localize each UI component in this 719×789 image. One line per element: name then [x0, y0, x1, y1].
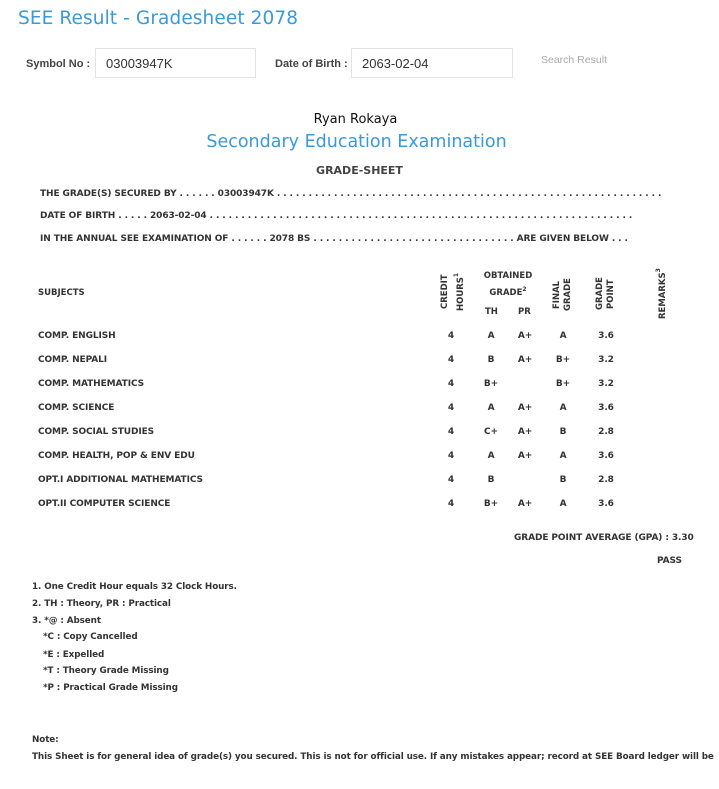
gp-cell: 3.2 [586, 355, 626, 365]
result-status: PASS [657, 556, 682, 566]
credit-cell: 4 [431, 331, 471, 341]
credit-hours-header: CREDITHOURS1 [440, 272, 467, 312]
footnote-1: 1. One Credit Hour equals 32 Clock Hours… [32, 582, 237, 592]
page-title: SEE Result - Gradesheet 2078 [18, 8, 298, 29]
credit-cell: 4 [431, 355, 471, 365]
footnote-theory-missing: *T : Theory Grade Missing [43, 666, 169, 676]
remarks-header-label: REMARKS [658, 273, 668, 320]
symbol-no-label: Symbol No : [26, 58, 90, 70]
exam-title: Secondary Education Examination [0, 132, 716, 152]
search-result-button[interactable]: Search Result [541, 54, 607, 66]
credit-cell: 4 [431, 475, 471, 485]
footnote-copy-cancelled: *C : Copy Cancelled [43, 632, 138, 642]
gp-header-line1: GRADE [595, 278, 605, 311]
subject-name: COMP. SCIENCE [38, 403, 114, 413]
th-cell: B [471, 475, 511, 485]
subject-name: COMP. NEPALI [38, 355, 107, 365]
final-header-line1: FINAL [552, 281, 562, 309]
credit-header-line1: CREDIT [440, 275, 450, 310]
gp-cell: 3.6 [586, 499, 626, 509]
footnote-expelled: *E : Expelled [43, 650, 104, 660]
pr-cell: A+ [505, 331, 545, 341]
final-cell: A [543, 331, 583, 341]
note-label: Note: [32, 735, 59, 745]
final-grade-header: FINALGRADE [552, 278, 574, 312]
credit-footnote-ref: 1 [453, 273, 460, 277]
table-row: COMP. ENGLISH4AA+A3.6 [38, 331, 678, 345]
final-cell: B+ [543, 355, 583, 365]
credit-cell: 4 [431, 427, 471, 437]
gp-cell: 3.2 [586, 379, 626, 389]
credit-cell: 4 [431, 379, 471, 389]
final-cell: A [543, 403, 583, 413]
date-of-birth-input[interactable] [351, 48, 513, 78]
final-header-line2: GRADE [563, 279, 573, 312]
gpa-line: GRADE POINT AVERAGE (GPA) : 3.30 [514, 533, 694, 543]
gp-cell: 2.8 [586, 427, 626, 437]
remarks-header: REMARKS3 [653, 268, 669, 320]
info-line-exam: IN THE ANNUAL SEE EXAMINATION OF . . . .… [40, 234, 628, 244]
student-name: Ryan Rokaya [0, 112, 715, 127]
subject-name: OPT.I ADDITIONAL MATHEMATICS [38, 475, 203, 485]
table-row: COMP. SCIENCE4AA+A3.6 [38, 403, 678, 417]
final-cell: B+ [543, 379, 583, 389]
final-cell: A [543, 451, 583, 461]
symbol-no-input[interactable] [95, 48, 256, 78]
credit-cell: 4 [431, 499, 471, 509]
subjects-header: SUBJECTS [38, 288, 85, 298]
obtained-header-line1: OBTAINED [484, 271, 533, 281]
table-row: COMP. SOCIAL STUDIES4C+A+B2.8 [38, 427, 678, 441]
table-row: COMP. HEALTH, POP & ENV EDU4AA+A3.6 [38, 451, 678, 465]
note-text: This Sheet is for general idea of grade(… [32, 752, 714, 762]
pr-cell: A+ [505, 451, 545, 461]
obtained-header-line2: GRADE [489, 288, 522, 298]
footnote-3: 3. *@ : Absent [32, 616, 101, 626]
date-of-birth-label: Date of Birth : [275, 58, 348, 70]
pr-cell: A+ [505, 499, 545, 509]
table-row: COMP. MATHEMATICS4B+B+3.2 [38, 379, 678, 393]
subject-name: COMP. MATHEMATICS [38, 379, 144, 389]
table-row: OPT.II COMPUTER SCIENCE4B+A+A3.6 [38, 499, 678, 513]
gp-cell: 3.6 [586, 403, 626, 413]
grade-sheet-title: GRADE-SHEET [0, 164, 719, 177]
subject-name: OPT.II COMPUTER SCIENCE [38, 499, 170, 509]
info-line-symbol: THE GRADE(S) SECURED BY . . . . . . 0300… [40, 189, 661, 199]
grade-point-header: GRADEPOINT [595, 276, 617, 312]
obtained-footnote-ref: 2 [522, 286, 526, 293]
gp-header-line2: POINT [606, 279, 616, 309]
pr-cell: A+ [505, 355, 545, 365]
th-cell: B+ [471, 379, 511, 389]
pr-cell: A+ [505, 427, 545, 437]
pr-cell: A+ [505, 403, 545, 413]
final-cell: B [543, 475, 583, 485]
remarks-footnote-ref: 3 [655, 269, 662, 273]
obtained-grade-header: OBTAINEDGRADE2 [478, 269, 538, 300]
th-header: TH [485, 307, 498, 317]
credit-cell: 4 [431, 403, 471, 413]
footnote-practical-missing: *P : Practical Grade Missing [43, 683, 178, 693]
subject-name: COMP. HEALTH, POP & ENV EDU [38, 451, 195, 461]
gp-cell: 2.8 [586, 475, 626, 485]
gp-cell: 3.6 [586, 451, 626, 461]
table-row: OPT.I ADDITIONAL MATHEMATICS4BB2.8 [38, 475, 678, 489]
table-row: COMP. NEPALI4BA+B+3.2 [38, 355, 678, 369]
final-cell: B [543, 427, 583, 437]
pr-header: PR [518, 307, 531, 317]
footnote-2: 2. TH : Theory, PR : Practical [32, 599, 171, 609]
gp-cell: 3.6 [586, 331, 626, 341]
subject-name: COMP. ENGLISH [38, 331, 116, 341]
final-cell: A [543, 499, 583, 509]
credit-cell: 4 [431, 451, 471, 461]
subject-name: COMP. SOCIAL STUDIES [38, 427, 154, 437]
info-line-dob: DATE OF BIRTH . . . . . 2063-02-04 . . .… [40, 211, 632, 221]
credit-header-line2: HOURS [456, 277, 466, 311]
